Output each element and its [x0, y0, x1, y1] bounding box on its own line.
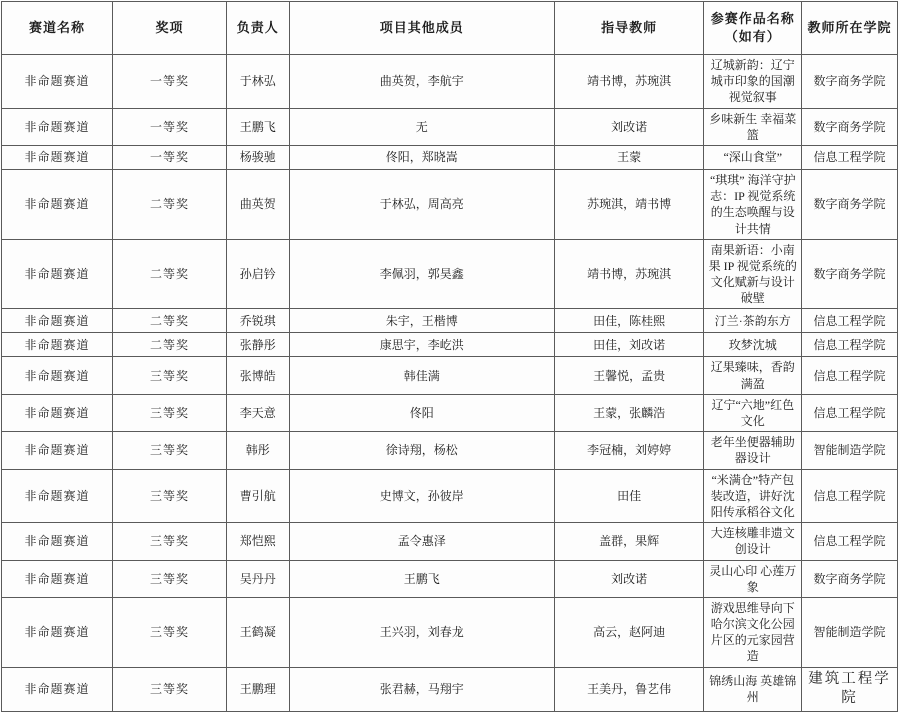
cell-track: 非命题赛道	[2, 309, 113, 333]
cell-leader: 郑恺熙	[226, 523, 289, 550]
cell-track: 非命题赛道	[2, 333, 113, 357]
cell-teachers: 王馨悦，孟贵	[554, 357, 704, 394]
cell-award: 二等奖	[113, 239, 227, 309]
table-row: 非命题赛道三等奖郑恺熙孟令惠泽盖群，果辉大连核雕非遗文创设计信息工程学院	[2, 523, 898, 550]
cell-track: 非命题赛道	[2, 108, 113, 145]
cell-award: 一等奖	[113, 55, 227, 109]
cell-college: 信息工程学院	[802, 523, 898, 550]
cell-work: 乡味新生 幸福菜篮	[704, 108, 802, 145]
cell-members: 朱宇，王楷博	[289, 309, 554, 333]
cell-work: “米满仓”特产包装改造，讲好沈阳传承稻谷文化	[704, 469, 802, 523]
cell-college: 数字商务学院	[802, 55, 898, 109]
cell-track: 非命题赛道	[2, 469, 113, 523]
cell-leader: 乔锐琪	[226, 309, 289, 333]
cell-leader: 王鹏飞	[226, 108, 289, 145]
cell-college: 信息工程学院	[802, 333, 898, 357]
cell-award: 三等奖	[113, 523, 227, 550]
cell-members: 康思宇，李屹洪	[289, 333, 554, 357]
cell-members: 李佩羽，郭昊鑫	[289, 239, 554, 309]
cell-teachers: 王蒙	[554, 145, 704, 169]
cell-teachers: 田佳，刘改诺	[554, 333, 704, 357]
cell-college: 数字商务学院	[802, 169, 898, 239]
cell-leader: 杨骏驰	[226, 145, 289, 169]
cell-teachers: 靖书博，苏琬淇	[554, 55, 704, 109]
column-header-award: 奖项	[113, 2, 227, 55]
cell-award: 三等奖	[113, 469, 227, 523]
cell-college: 数字商务学院	[802, 239, 898, 309]
cell-teachers: 刘改诺	[554, 108, 704, 145]
cell-leader: 于林弘	[226, 55, 289, 109]
cell-work: 辽宁“六地”红色文化	[704, 394, 802, 431]
cell-work: “深山食堂”	[704, 145, 802, 169]
cell-work: 大连核雕非遗文创设计	[704, 523, 802, 550]
cell-teachers: 田佳	[554, 469, 704, 523]
cell-leader: 张静彤	[226, 333, 289, 357]
cell-college: 信息工程学院	[802, 394, 898, 431]
cell-work: 玫梦沈城	[704, 333, 802, 357]
cell-award: 二等奖	[113, 333, 227, 357]
table-row: 非命题赛道二等奖孙启钤李佩羽，郭昊鑫靖书博，苏琬淇南果新语：小南果 IP 视觉系…	[2, 239, 898, 309]
column-header-track: 赛道名称	[2, 2, 113, 55]
cell-members: 韩佳满	[289, 357, 554, 394]
cell-leader: 曹引航	[226, 469, 289, 523]
column-header-work: 参赛作品名称（如有）	[704, 2, 802, 55]
cell-teachers: 盖群，果辉	[554, 523, 704, 550]
table-row: 非命题赛道三等奖曹引航史博文，孙彼岸田佳“米满仓”特产包装改造，讲好沈阳传承稻谷…	[2, 469, 898, 523]
cell-work: “琪琪” 海洋守护志：IP 视觉系统的生态唤醒与设计共情	[704, 169, 802, 239]
cell-track: 非命题赛道	[2, 55, 113, 109]
cell-award: 三等奖	[113, 394, 227, 431]
cell-leader: 曲英贺	[226, 169, 289, 239]
cell-work: 汀兰·茶韵东方	[704, 309, 802, 333]
cell-college: 数字商务学院	[802, 108, 898, 145]
awards-table: 赛道名称 奖项 负责人 项目其他成员 指导教师 参赛作品名称（如有） 教师所在学…	[1, 1, 898, 550]
table-row: 非命题赛道一等奖王鹏飞无刘改诺乡味新生 幸福菜篮数字商务学院	[2, 108, 898, 145]
table-row: 非命题赛道二等奖张静彤康思宇，李屹洪田佳，刘改诺玫梦沈城信息工程学院	[2, 333, 898, 357]
cell-members: 佟阳，郑晓嵩	[289, 145, 554, 169]
cell-members: 于林弘，周高亮	[289, 169, 554, 239]
cell-track: 非命题赛道	[2, 145, 113, 169]
cell-teachers: 靖书博，苏琬淇	[554, 239, 704, 309]
cell-award: 一等奖	[113, 108, 227, 145]
table-row: 非命题赛道三等奖李天意佟阳王蒙，张麟浩辽宁“六地”红色文化信息工程学院	[2, 394, 898, 431]
cell-college: 信息工程学院	[802, 309, 898, 333]
cell-track: 非命题赛道	[2, 357, 113, 394]
cell-college: 信息工程学院	[802, 145, 898, 169]
table-row: 非命题赛道二等奖乔锐琪朱宇，王楷博田佳，陈桂熙汀兰·茶韵东方信息工程学院	[2, 309, 898, 333]
table-body: 非命题赛道一等奖于林弘曲英贺，李航宇靖书博，苏琬淇辽城新韵：辽宁城市印象的国潮视…	[2, 55, 898, 551]
cell-members: 徐诗翔，杨松	[289, 432, 554, 469]
cell-work: 辽果臻味，香韵满盈	[704, 357, 802, 394]
cell-teachers: 苏琬淇，靖书博	[554, 169, 704, 239]
cell-track: 非命题赛道	[2, 169, 113, 239]
cell-award: 三等奖	[113, 432, 227, 469]
cell-teachers: 李冠楠，刘婷婷	[554, 432, 704, 469]
cell-track: 非命题赛道	[2, 523, 113, 550]
column-header-college: 教师所在学院	[802, 2, 898, 55]
cell-college: 智能制造学院	[802, 432, 898, 469]
column-header-leader: 负责人	[226, 2, 289, 55]
cell-award: 一等奖	[113, 145, 227, 169]
cell-work: 老年坐便器辅助器设计	[704, 432, 802, 469]
cell-track: 非命题赛道	[2, 239, 113, 309]
cell-college: 信息工程学院	[802, 469, 898, 523]
table-row: 非命题赛道三等奖张博皓韩佳满王馨悦，孟贵辽果臻味，香韵满盈信息工程学院	[2, 357, 898, 394]
cell-track: 非命题赛道	[2, 432, 113, 469]
cell-leader: 李天意	[226, 394, 289, 431]
cell-award: 二等奖	[113, 169, 227, 239]
cell-teachers: 田佳，陈桂熙	[554, 309, 704, 333]
cell-leader: 张博皓	[226, 357, 289, 394]
cell-members: 孟令惠泽	[289, 523, 554, 550]
awards-table-wrapper: 赛道名称 奖项 负责人 项目其他成员 指导教师 参赛作品名称（如有） 教师所在学…	[1, 1, 898, 548]
cell-teachers: 王蒙，张麟浩	[554, 394, 704, 431]
table-row: 非命题赛道一等奖杨骏驰佟阳，郑晓嵩王蒙“深山食堂”信息工程学院	[2, 145, 898, 169]
table-row: 非命题赛道一等奖于林弘曲英贺，李航宇靖书博，苏琬淇辽城新韵：辽宁城市印象的国潮视…	[2, 55, 898, 109]
table-row: 非命题赛道二等奖曲英贺于林弘，周高亮苏琬淇，靖书博“琪琪” 海洋守护志：IP 视…	[2, 169, 898, 239]
table-header-row: 赛道名称 奖项 负责人 项目其他成员 指导教师 参赛作品名称（如有） 教师所在学…	[2, 2, 898, 55]
cell-members: 无	[289, 108, 554, 145]
table-row: 非命题赛道三等奖韩彤徐诗翔，杨松李冠楠，刘婷婷老年坐便器辅助器设计智能制造学院	[2, 432, 898, 469]
cell-award: 二等奖	[113, 309, 227, 333]
cell-members: 史博文，孙彼岸	[289, 469, 554, 523]
column-header-members: 项目其他成员	[289, 2, 554, 55]
cell-college: 信息工程学院	[802, 357, 898, 394]
cell-work: 南果新语：小南果 IP 视觉系统的文化赋新与设计破壁	[704, 239, 802, 309]
cell-members: 曲英贺，李航宇	[289, 55, 554, 109]
cell-award: 三等奖	[113, 357, 227, 394]
cell-track: 非命题赛道	[2, 394, 113, 431]
cell-leader: 孙启钤	[226, 239, 289, 309]
cell-members: 佟阳	[289, 394, 554, 431]
column-header-teachers: 指导教师	[554, 2, 704, 55]
cell-work: 辽城新韵：辽宁城市印象的国潮视觉叙事	[704, 55, 802, 109]
cell-leader: 韩彤	[226, 432, 289, 469]
